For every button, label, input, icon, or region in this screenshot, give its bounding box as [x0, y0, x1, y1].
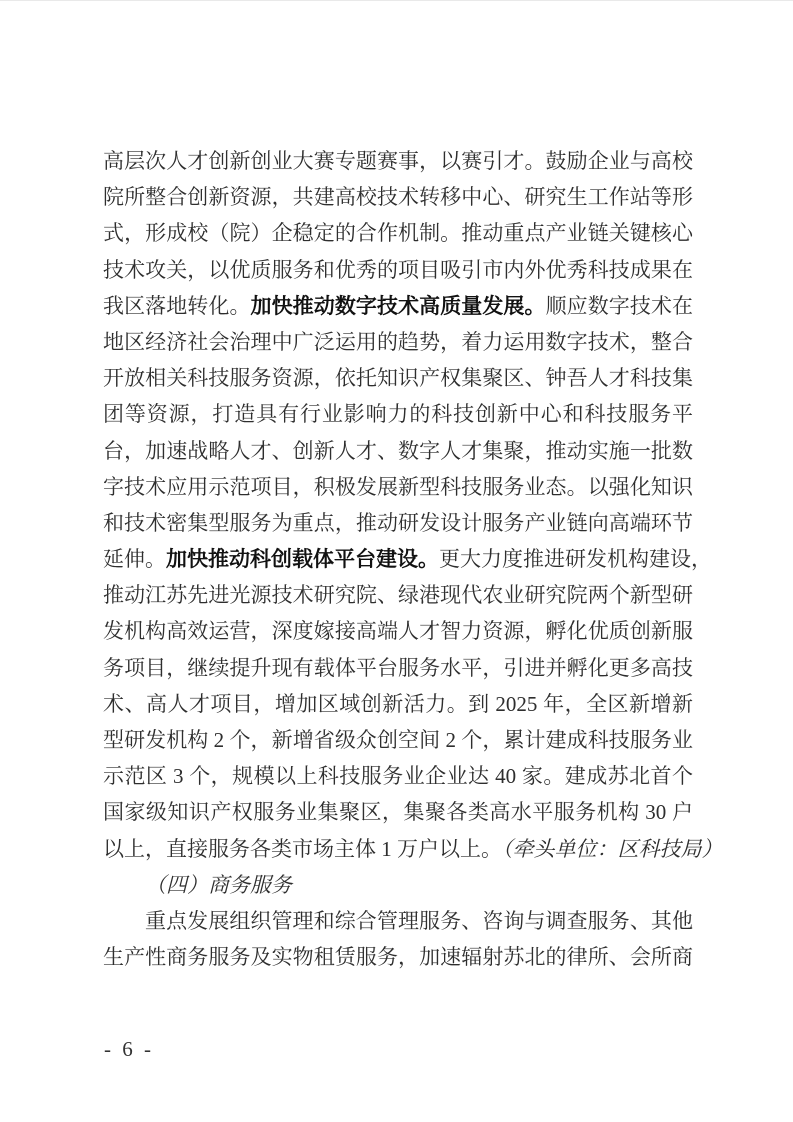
text-segment: 字技术应用示范项目，积极发展新型科技服务业态。以强化知识: [103, 475, 693, 499]
text-segment: 台，加速战略人才、创新人才、数字人才集聚，推动实施一批数: [103, 439, 693, 463]
kaiti-text-segment: （牵头单位：区科技局）: [502, 837, 723, 861]
bold-text-segment: 加快推动数字技术高质量发展。: [251, 294, 546, 318]
body-text: 高层次人才创新创业大赛专题赛事，以赛引才。鼓励企业与高校院所整合创新资源，共建高…: [103, 143, 693, 975]
text-line: 国家级知识产权服务业集聚区，集聚各类高水平服务机构 30 户: [103, 794, 693, 830]
kaiti-text-segment: （四）商务服务: [145, 873, 292, 897]
text-segment: 高层次人才创新创业大赛专题赛事，以赛引才。鼓励企业与高校: [103, 149, 693, 173]
text-segment: 顺应数字技术在: [546, 294, 693, 318]
text-line: （四）商务服务: [103, 867, 693, 903]
text-line: 发机构高效运营，深度嫁接高端人才智力资源，孵化优质创新服: [103, 613, 693, 649]
text-line: 示范区 3 个，规模以上科技服务业企业达 40 家。建成苏北首个: [103, 758, 693, 794]
text-segment: 延伸。: [103, 547, 166, 571]
text-segment: 重点发展组织管理和综合管理服务、咨询与调查服务、其他: [145, 909, 693, 933]
text-segment: 地区经济社会治理中广泛运用的趋势，着力运用数字技术，整合: [103, 330, 693, 354]
text-line: 高层次人才创新创业大赛专题赛事，以赛引才。鼓励企业与高校: [103, 143, 693, 179]
text-line: 字技术应用示范项目，积极发展新型科技服务业态。以强化知识: [103, 469, 693, 505]
text-segment: 示范区 3 个，规模以上科技服务业企业达 40 家。建成苏北首个: [103, 764, 693, 788]
text-line: 延伸。加快推动科创载体平台建设。更大力度推进研发机构建设，: [103, 541, 693, 577]
text-line: 技术攻关，以优质服务和优秀的项目吸引市内外优秀科技成果在: [103, 252, 693, 288]
text-segment: 生产性商务服务及实物租赁服务，加速辐射苏北的律所、会所商: [103, 945, 693, 969]
text-line: 和技术密集型服务为重点，推动研发设计服务产业链向高端环节: [103, 505, 693, 541]
text-segment: 发机构高效运营，深度嫁接高端人才智力资源，孵化优质创新服: [103, 619, 693, 643]
page-number: - 6 -: [104, 1037, 154, 1062]
text-segment: 以上，直接服务各类市场主体 1 万户以上。: [103, 837, 502, 861]
document-page: 高层次人才创新创业大赛专题赛事，以赛引才。鼓励企业与高校院所整合创新资源，共建高…: [0, 0, 793, 1122]
text-line: 台，加速战略人才、创新人才、数字人才集聚，推动实施一批数: [103, 433, 693, 469]
text-segment: 技术攻关，以优质服务和优秀的项目吸引市内外优秀科技成果在: [103, 258, 693, 282]
text-line: 院所整合创新资源，共建高校技术转移中心、研究生工作站等形: [103, 179, 693, 215]
text-segment: 和技术密集型服务为重点，推动研发设计服务产业链向高端环节: [103, 511, 693, 535]
text-line: 生产性商务服务及实物租赁服务，加速辐射苏北的律所、会所商: [103, 939, 693, 975]
text-segment: 务项目，继续提升现有载体平台服务水平，引进并孵化更多高技: [103, 656, 693, 680]
text-line: 推动江苏先进光源技术研究院、绿港现代农业研究院两个新型研: [103, 577, 693, 613]
text-segment: 推动江苏先进光源技术研究院、绿港现代农业研究院两个新型研: [103, 583, 693, 607]
text-line: 务项目，继续提升现有载体平台服务水平，引进并孵化更多高技: [103, 650, 693, 686]
text-line: 以上，直接服务各类市场主体 1 万户以上。（牵头单位：区科技局）: [103, 831, 693, 867]
text-line: 团等资源，打造具有行业影响力的科技创新中心和科技服务平: [103, 396, 693, 432]
text-line: 型研发机构 2 个，新增省级众创空间 2 个，累计建成科技服务业: [103, 722, 693, 758]
text-segment: 我区落地转化。: [103, 294, 251, 318]
text-segment: 开放相关科技服务资源，依托知识产权集聚区、钟吾人才科技集: [103, 366, 693, 390]
text-line: 重点发展组织管理和综合管理服务、咨询与调查服务、其他: [103, 903, 693, 939]
text-line: 术、高人才项目，增加区域创新活力。到 2025 年，全区新增新: [103, 686, 693, 722]
text-segment: 院所整合创新资源，共建高校技术转移中心、研究生工作站等形: [103, 185, 693, 209]
text-segment: 更大力度推进研发机构建设，: [439, 547, 712, 571]
text-segment: 术、高人才项目，增加区域创新活力。到 2025 年，全区新增新: [103, 692, 693, 716]
text-line: 式，形成校（院）企稳定的合作机制。推动重点产业链关键核心: [103, 215, 693, 251]
text-segment: 团等资源，打造具有行业影响力的科技创新中心和科技服务平: [103, 402, 693, 426]
text-line: 我区落地转化。加快推动数字技术高质量发展。顺应数字技术在: [103, 288, 693, 324]
text-line: 开放相关科技服务资源，依托知识产权集聚区、钟吾人才科技集: [103, 360, 693, 396]
text-segment: 国家级知识产权服务业集聚区，集聚各类高水平服务机构 30 户: [103, 800, 693, 824]
text-line: 地区经济社会治理中广泛运用的趋势，着力运用数字技术，整合: [103, 324, 693, 360]
text-segment: 式，形成校（院）企稳定的合作机制。推动重点产业链关键核心: [103, 221, 693, 245]
bold-text-segment: 加快推动科创载体平台建设。: [166, 547, 439, 571]
text-segment: 型研发机构 2 个，新增省级众创空间 2 个，累计建成科技服务业: [103, 728, 693, 752]
